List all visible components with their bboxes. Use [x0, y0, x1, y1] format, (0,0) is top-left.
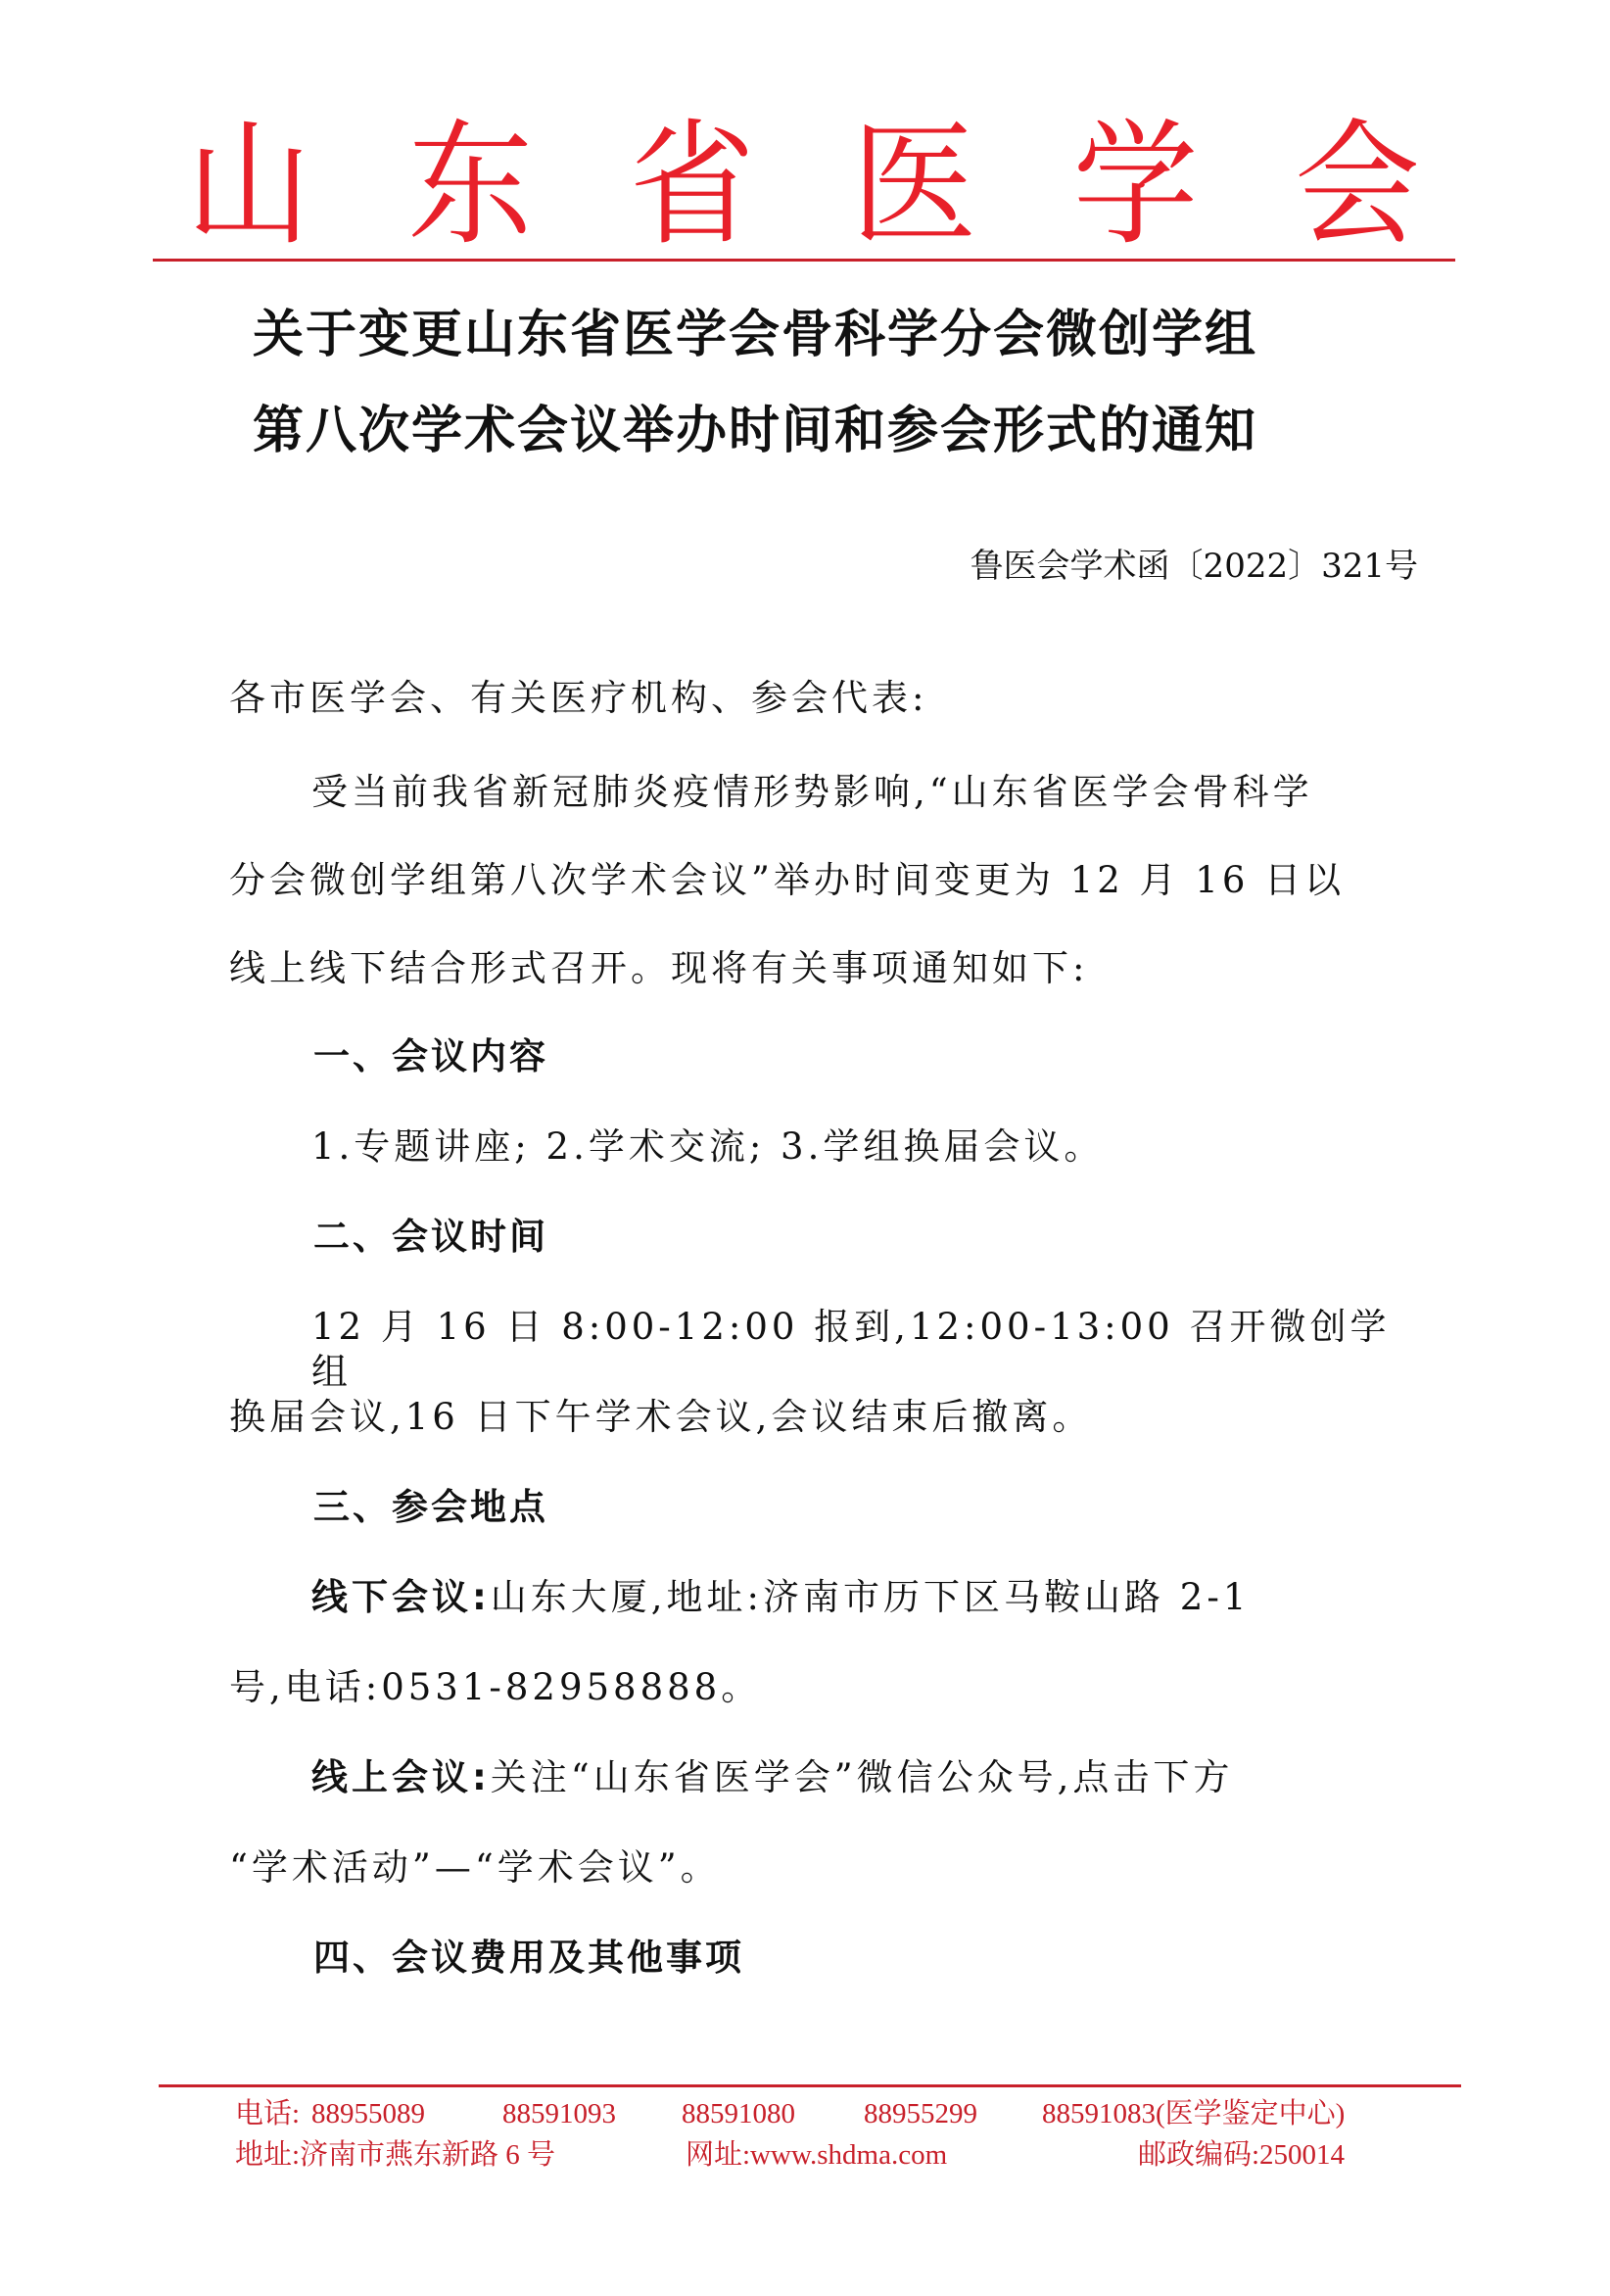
offline-meeting-address: 山东大厦,地址:济南市历下区马鞍山路 2-1	[491, 1576, 1251, 1618]
online-meeting-instructions: 关注“山东省医学会”微信公众号,点击下方	[491, 1756, 1234, 1798]
intro-line-3: 线上线下结合形式召开。现将有关事项通知如下:	[229, 946, 1414, 991]
letterhead-char: 省	[630, 112, 755, 260]
offline-meeting-line-2: 号,电话:0531-82958888。	[229, 1665, 1414, 1710]
footer-phone-5: 88591083(医学鉴定中心)	[1042, 2096, 1345, 2131]
document-title-line-1: 关于变更山东省医学会骨科学分会微创学组	[253, 306, 1408, 364]
section-heading-content: 一、会议内容	[313, 1034, 548, 1079]
footer-phone-1: 88955089	[311, 2096, 425, 2131]
online-meeting-label: 线上会议:	[311, 1756, 491, 1798]
online-meeting-line-2: “学术活动”—“学术会议”。	[229, 1845, 1414, 1890]
letterhead-char: 医	[851, 112, 976, 260]
section-time-line-2: 换届会议,16 日下午学术会议,会议结束后撤离。	[229, 1395, 1414, 1440]
footer-phone-2: 88591093	[502, 2096, 616, 2131]
section-heading-fees: 四、会议费用及其他事项	[313, 1936, 744, 1981]
letterhead-org-name: 山 东 省 医 学 会	[186, 118, 1420, 255]
footer-address: 地址:济南市燕东新路 6 号	[235, 2137, 555, 2173]
intro-line-2: 分会微创学组第八次学术会议”举办时间变更为 12 月 16 日以	[229, 858, 1414, 903]
footer-phone-4: 88955299	[864, 2096, 977, 2131]
document-number: 鲁医会学术函〔2022〕321号	[971, 545, 1418, 588]
section-heading-location: 三、参会地点	[313, 1485, 548, 1530]
salutation: 各市医学会、有关医疗机构、参会代表:	[229, 676, 1414, 721]
footer-postcode: 邮政编码:250014	[1138, 2137, 1345, 2173]
letterhead-char: 会	[1295, 112, 1420, 260]
offline-meeting-line-1: 线下会议:山东大厦,地址:济南市历下区马鞍山路 2-1	[311, 1575, 1414, 1620]
offline-meeting-label: 线下会议:	[311, 1576, 491, 1618]
section-content-line: 1.专题讲座; 2.学术交流; 3.学组换届会议。	[311, 1124, 1414, 1170]
footer-phone-3: 88591080	[682, 2096, 795, 2131]
footer-divider	[159, 2084, 1461, 2087]
section-heading-time: 二、会议时间	[313, 1215, 548, 1260]
intro-line-1: 受当前我省新冠肺炎疫情形势影响,“山东省医学会骨科学	[311, 770, 1414, 815]
letterhead-char: 学	[1073, 112, 1199, 260]
online-meeting-line-1: 线上会议:关注“山东省医学会”微信公众号,点击下方	[311, 1755, 1414, 1800]
letterhead-char: 东	[407, 112, 533, 260]
footer-website: 网址:www.shdma.com	[686, 2137, 947, 2173]
letterhead-divider	[153, 259, 1455, 262]
letterhead-char: 山	[186, 112, 311, 260]
document-title-line-2: 第八次学术会议举办时间和参会形式的通知	[253, 402, 1408, 460]
section-time-line-1: 12 月 16 日 8:00-12:00 报到,12:00-13:00 召开微创…	[311, 1305, 1414, 1395]
footer-phone-label: 电话:	[235, 2096, 300, 2131]
